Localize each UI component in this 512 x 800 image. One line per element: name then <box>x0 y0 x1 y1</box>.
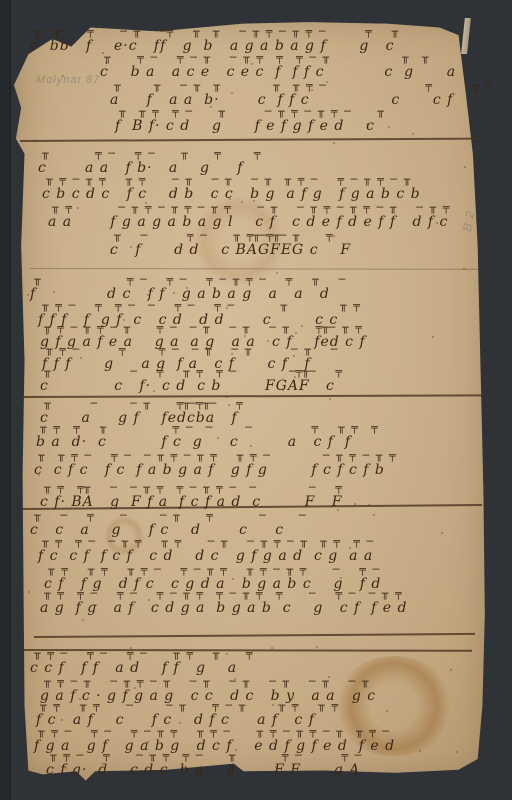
tablature-row: c b a a c e c e c f f f c c g a <box>100 64 456 80</box>
rhythm-flags: ╥ ╤ ╥ ╤ ─ ─ ╥ ╤ ─ ╥ ╥ ╤ ╥ ╤ <box>40 699 338 712</box>
rhythm-flags: ╥ ╤ ╥ ╤ ╥ ╤ ─ ╤ ─ ╥ ╤ ╥ ╤ ─ ╥ ╤ ─ ╤ ─ <box>48 563 379 576</box>
page-crease <box>461 18 471 54</box>
rhythm-flags: ╥ ╤ ─ ╥ ─ ╥ ╤ ─ ╥ ─ ╥ ─ ╥ ─ ╥ ─ ╥ ─ ╥ <box>44 675 369 688</box>
tablature-row: b a d· c f c g c a c f f <box>36 434 351 450</box>
rhythm-flags: ╥ ╥ ─ ╥ ╥ ╥ ╥ ╤ ─ ╤ ╥ ╤ <box>114 79 492 92</box>
scan-background-edge <box>0 0 11 800</box>
paper-speck <box>464 166 466 168</box>
rhythm-flags: ╥ ─ ╤ ─ ╥ ╤╥─╤╥─ ╥ ╤ <box>114 229 333 242</box>
paper-speck <box>329 398 331 400</box>
paper-speck <box>373 514 375 516</box>
rhythm-flags: ╥ ╤ ─ ╤ ─ ╥ ╤ ╤ <box>42 147 261 160</box>
tablature-row: c c f f f a d f f g a <box>30 660 237 676</box>
rhythm-flags: ╥ ╥ ╤ ╤ ─ ╥ ─ ╥ ╤ ─ ╥ ╤ ─ ╥ <box>119 105 384 118</box>
tablature-row: c c f· c d c b FGAF c <box>40 378 335 394</box>
rhythm-flags: ╥ ╥ ╤ ─ ╤ ─ ─ ╥ ╤ ─ ╥ ╤ ╥ ╤ ─ ─ ╥ ╤ ─ ╥ … <box>38 449 396 462</box>
rhythm-flags: ╥ ╤ ─ ╤ ─ ╤ ─ ╥ ╤ ╥ ╤ ─ ╥ ╤ ─ ╥ ╤ ─ ╥ ╥ … <box>38 725 389 738</box>
rhythm-flags: ╥ ╤ ─ ╤ ╤ ─ ─ ╤ ─ ╤ ─ ╥ ╥ ╤ <box>42 299 360 312</box>
rhythm-flags: ╥ ╥─ ╤ ─ ╥ ─╤ ╥ ╥ ─ ╥ ╤ ─ ╥ ╤ ─ ╤ ╥ <box>34 25 398 38</box>
rhythm-flags: ╥ ─ ─ ╥ ╤╥─╤╥─ ╤ <box>44 397 243 410</box>
rhythm-flags: ╥ ╤ ╤ ─ ╤ ─ ╤ ─ ╥ ╤ ╤ ─ ╥ ╤ ╤ ─ ╤ ─ ─ ╥ … <box>44 587 402 600</box>
rhythm-flags: ╥ ╤ ╤╥ ─ ─ ╥ ╤ ╤ ─ ╥ ╤ ─ ─ ─ ╤ <box>44 481 342 494</box>
rhythm-flags: ╥ ╤ ─ ╥ ╤ ╥ ╤ ─ ╥ ─ ╥ ─ ╥ ╥ ╤ ─ ╤ ─ ╥ ╤ … <box>46 173 410 186</box>
rhythm-flags: ╥ ╤ ─ ╤ ─ ╤ ─ ╥ ╤ ╥ ╤ <box>34 647 253 660</box>
tablature-row: a a f g a g a b a g l c f c d e f d e f … <box>48 214 448 230</box>
tablature-row: f B f· c d g f e f g f e d c <box>115 118 375 134</box>
pencil-annotation-left: Molynar 87 <box>36 74 100 86</box>
rhythm-flags: ╥ ╤ ─ ╥ ╤ ─ ╥ ╤ ─ ─ ╥ ─ ╥ ─ ╥ ╤╥─ ╥ ╤ <box>44 321 362 334</box>
rhythm-flags: ╥ ╤ ─ ╤ ╤ ─ ─ ╥ ─ ╥ ─ ╥ ─ <box>46 343 337 356</box>
paper-speck <box>82 619 84 621</box>
rhythm-flags: ╥ ╤ ╤ ─ ─ ╥ ╤ ╥ ╤ ─ ╥ ─ ╥ ╤ ─ ╥ ╥ ╤ ╤ ─ <box>42 535 373 548</box>
rhythm-flags: ╥ ─ ╤ ╥ ╤ ╤ ─ ─╤╥─ ╤ <box>44 365 342 378</box>
tablature-row: c f g· d c d c b a g F F g A <box>46 762 360 778</box>
rhythm-flags: ╥ ╤ ─ ╤ ─ ╥ ─ ╥ ╤ ╤ ╤ ─ ╥ ╥ ╥ ─ <box>104 51 475 64</box>
rhythm-flags: ╥ ─ ╤ ─ ─ ╥ ╤ ─ ─ <box>34 509 306 522</box>
rhythm-flags: ╥ ╤ ─ ╥ ╤ ─ ╥ ╤ ─ ╥ ╤ ─ ╥ ─ ╥ ╤ ─ ╥ ╤ ─ … <box>52 201 449 214</box>
rhythm-flags: ╥ ╤ ╤ ╥ ╤ ─ ─ ─ ╤ ╥ ╤ ╤ <box>40 421 378 434</box>
paper-speck <box>333 235 335 237</box>
paper-speck <box>432 336 434 338</box>
tablature-row: a g f g a f c d g a b g a b c g c f f e … <box>40 600 407 616</box>
rhythm-flags: ╥ ╤ ─ ╤ ─ ╤ ─ ╥ ╤ ─ ╤ ╥ ─ <box>34 273 345 286</box>
rhythm-flags: ╥ ╤ ─ ╤ ─ ╥ ╤ ╤ ─ ╥ ╤ ─ ╤ ─ <box>50 749 361 762</box>
tablature-row: c f d d c BAGFEG c F <box>110 242 351 258</box>
tablature-row: c f· BA g F f a f c f a d c F F <box>40 494 342 510</box>
tablature-row: c b c d c f c d b c c b g a f g f g a b … <box>42 186 421 202</box>
tablature-row: c c f c f c f a b g a f g f g f c f c f … <box>34 462 385 478</box>
tablature-row: f c c f f c f c d d c g f g a d c g a a <box>38 548 373 564</box>
